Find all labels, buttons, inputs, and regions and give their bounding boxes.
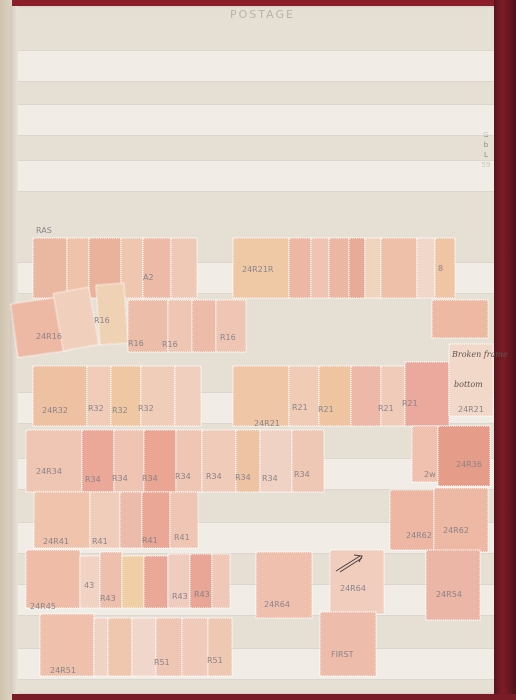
stamp[interactable] — [26, 430, 82, 492]
stamp[interactable] — [108, 618, 132, 676]
pencil-label: R34 — [206, 472, 222, 481]
stamp[interactable] — [329, 238, 349, 298]
pencil-label: R41 — [92, 537, 108, 546]
stamp[interactable] — [349, 238, 365, 298]
pencil-label: R43 — [100, 594, 116, 603]
stamp[interactable] — [434, 488, 488, 552]
arrow-icon — [334, 553, 364, 573]
pencil-label: R34 — [294, 470, 310, 479]
stamp[interactable] — [96, 283, 128, 345]
stamp[interactable] — [182, 618, 208, 676]
stamp[interactable] — [143, 238, 171, 298]
stamp[interactable] — [311, 238, 329, 298]
stamp[interactable] — [289, 238, 311, 298]
pencil-label: R21 — [292, 403, 308, 412]
pencil-label: R21 — [378, 404, 394, 413]
pencil-label: R51 — [207, 656, 223, 665]
pencil-label: R16 — [162, 340, 178, 349]
stamp[interactable] — [111, 366, 141, 426]
pencil-label: R16 — [220, 333, 236, 342]
stamp[interactable] — [438, 426, 490, 486]
stamp[interactable] — [141, 366, 175, 426]
stamp[interactable] — [175, 366, 201, 426]
pencil-label: R32 — [112, 406, 128, 415]
strip — [18, 104, 494, 136]
pencil-label: R34 — [85, 475, 101, 484]
pencil-label: 24R64 — [264, 600, 290, 609]
pencil-label: R43 — [172, 592, 188, 601]
stamp[interactable] — [33, 238, 67, 298]
pencil-label: 24R16 — [36, 332, 62, 341]
pencil-label: A2 — [143, 273, 154, 282]
pencil-label: 24R45 — [30, 602, 56, 611]
annotation-bottom: bottom — [454, 380, 483, 389]
pencil-label: 24R21 — [458, 405, 484, 414]
pencil-label: R43 — [194, 590, 210, 599]
stamp[interactable] — [292, 430, 324, 492]
stamp[interactable] — [120, 492, 142, 548]
pencil-label: FIRST — [331, 650, 353, 659]
stamp[interactable] — [426, 550, 480, 620]
stamp[interactable] — [365, 238, 381, 298]
pencil-label: R41 — [174, 533, 190, 542]
stamp[interactable] — [320, 612, 376, 676]
stamp[interactable] — [144, 556, 168, 608]
strip — [18, 160, 494, 192]
stamp[interactable] — [94, 618, 108, 676]
stamp[interactable] — [26, 550, 80, 608]
pencil-label: R21 — [318, 405, 334, 414]
stamp[interactable] — [202, 430, 236, 492]
stamp[interactable] — [212, 554, 230, 608]
pencil-label: 8 — [438, 264, 443, 273]
stamp[interactable] — [33, 366, 87, 426]
pencil-label: R34 — [235, 473, 251, 482]
pencil-label: R16 — [128, 339, 144, 348]
strip — [18, 50, 494, 82]
pencil-label: R32 — [138, 404, 154, 413]
stamp[interactable] — [132, 618, 156, 676]
page-title: POSTAGE — [230, 8, 295, 21]
stamp[interactable] — [381, 238, 417, 298]
pencil-label: R32 — [88, 404, 104, 413]
stamp[interactable] — [319, 366, 351, 426]
stamp[interactable] — [122, 556, 144, 608]
pencil-label: 24R21 — [254, 419, 280, 428]
annotation-broken-frame: Broken frame — [452, 350, 508, 359]
pencil-label: 24R64 — [340, 584, 366, 593]
pencil-label: 2w — [424, 470, 436, 479]
stamp[interactable] — [381, 366, 405, 426]
stamp[interactable] — [87, 366, 111, 426]
stamp[interactable] — [289, 366, 319, 426]
pencil-label: RAS — [36, 226, 52, 235]
pencil-label: R21 — [402, 399, 418, 408]
pencil-label: R41 — [142, 536, 158, 545]
pencil-label: R51 — [154, 658, 170, 667]
stamp[interactable] — [233, 366, 289, 426]
pencil-label: R34 — [175, 472, 191, 481]
stamp[interactable] — [190, 554, 212, 608]
stamp[interactable] — [216, 300, 246, 352]
pencil-label: 24R54 — [436, 590, 462, 599]
pencil-label: 24R41 — [43, 537, 69, 546]
pencil-label: 24R51 — [50, 666, 76, 675]
stamp[interactable] — [236, 430, 260, 492]
stamp[interactable] — [390, 490, 434, 550]
stamp[interactable] — [176, 430, 202, 492]
stamp[interactable] — [208, 618, 232, 676]
pencil-label: R34 — [142, 474, 158, 483]
stamp[interactable] — [171, 238, 197, 298]
pencil-label: 24R62 — [443, 526, 469, 535]
pencil-label: 24R62 — [406, 531, 432, 540]
stamp[interactable] — [405, 362, 449, 426]
stamp[interactable] — [156, 618, 182, 676]
album-cover-bottom — [0, 694, 516, 700]
pencil-label: 24R32 — [42, 406, 68, 415]
pencil-label: 24R34 — [36, 467, 62, 476]
pencil-label: R16 — [94, 316, 110, 325]
stamp[interactable] — [432, 300, 488, 338]
pencil-label: R34 — [262, 474, 278, 483]
stamp[interactable] — [192, 300, 216, 352]
stamp[interactable] — [351, 366, 381, 426]
pencil-label: 24R36 — [456, 460, 482, 469]
pencil-label: 43 — [84, 581, 94, 590]
pencil-label: R34 — [112, 474, 128, 483]
pencil-label: 24R21R — [242, 265, 273, 274]
stamp[interactable] — [417, 238, 435, 298]
